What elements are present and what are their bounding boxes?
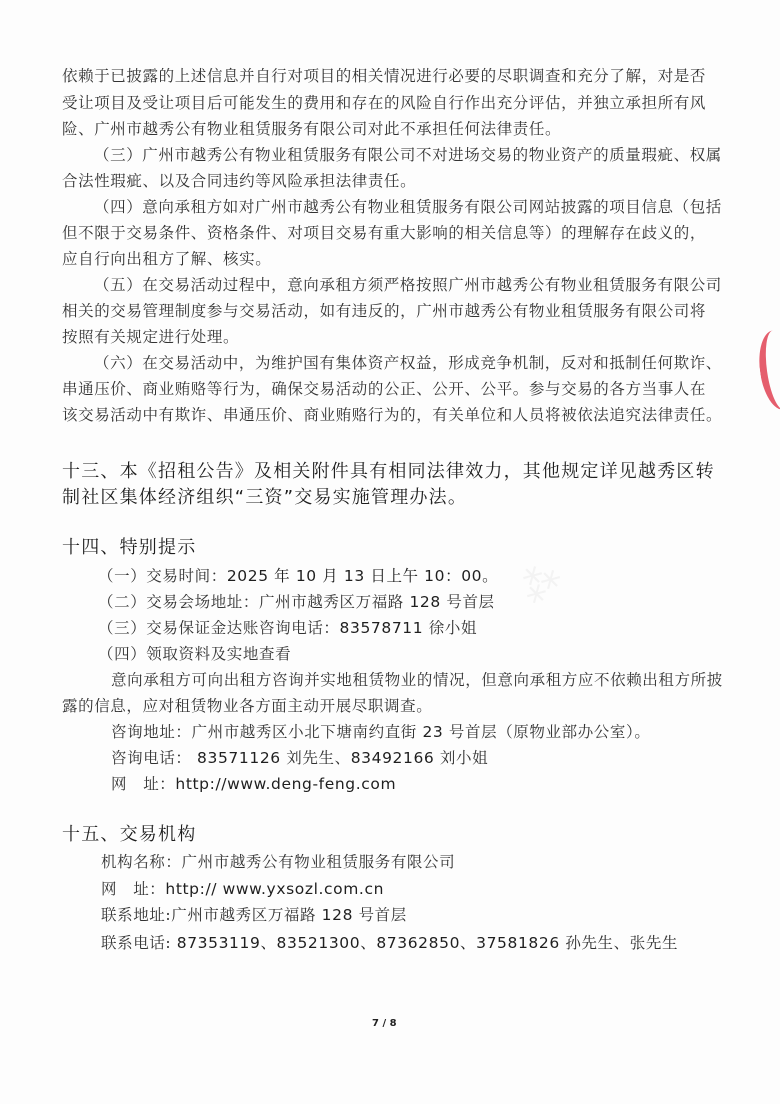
item-label: （二）交易会场地址：广州市越秀区万福路 <box>98 593 409 611</box>
consult-address-suffix: 号首层（原物业部办公室）。 <box>443 723 650 741</box>
paragraph-line: 但不限于交易条件、资格条件、对项目交易有重大影响的相关信息等）的理解存在歧义的， <box>62 223 706 243</box>
paragraph-line: 险、广州市越秀公有物业租赁服务有限公司对此不承担任何法律责任。 <box>62 119 561 139</box>
paragraph-line: 依赖于已披露的上述信息并自行对项目的相关情况进行必要的尽职调查和充分了解，对是否 <box>62 66 706 86</box>
paragraph-line: 串通压价、商业贿赂等行为，确保交易活动的公正、公开、公平。参与交易的各方当事人在 <box>62 379 706 399</box>
org-name-value: 广州市越秀公有物业租赁服务有限公司 <box>182 853 456 871</box>
website-link[interactable]: http://www.deng-feng.com <box>175 775 396 793</box>
org-website: 网 址：http:// www.yxsozl.com.cn <box>101 879 384 899</box>
paragraph-line: 相关的交易管理制度参与交易活动，如有违反的，广州市越秀公有物业租赁服务有限公司将 <box>62 301 706 321</box>
org-phone-numbers: 87353119、83521300、87362850、37581826 <box>177 934 560 952</box>
item-suffix: 号首层 <box>441 593 495 611</box>
venue-address-item: （二）交易会场地址：广州市越秀区万福路 128 号首层 <box>98 592 495 612</box>
note-line: 露的信息，应对租赁物业各方面主动开展尽职调查。 <box>62 696 432 716</box>
paragraph-line: （六）在交易活动中，为维护国有集体资产权益，形成竞争机制，反对和抵制任何欺诈、 <box>94 353 722 373</box>
item-label: （四）领取资料及实地查看 <box>98 645 291 663</box>
org-name: 机构名称：广州市越秀公有物业租赁服务有限公司 <box>101 852 455 872</box>
document-page: ⁂ 依赖于已披露的上述信息并自行对项目的相关情况进行必要的尽职调查和充分了解，对… <box>0 0 780 1104</box>
org-contacts: 孙先生、张先生 <box>560 934 678 952</box>
paragraph-line: （五）在交易活动过程中，意向承租方须严格按照广州市越秀公有物业租赁服务有限公司 <box>94 275 722 295</box>
consult-phone-2: 83492166 <box>351 749 435 767</box>
org-name-label: 机构名称： <box>101 853 182 871</box>
paragraph-line: 该交易活动中有欺诈、串通压价、商业贿赂行为的，有关单位和人员将被依法追究法律责任… <box>62 405 722 425</box>
venue-number: 128 <box>409 593 440 611</box>
consult-address-label: 咨询地址：广州市越秀区小北下塘南约直街 <box>111 723 422 741</box>
materials-item: （四）领取资料及实地查看 <box>98 644 291 664</box>
consult-phone: 咨询电话： 83571126 刘先生、83492166 刘小姐 <box>111 748 488 768</box>
item-suffix: 徐小姐 <box>423 619 477 637</box>
paragraph-line: （三）广州市越秀公有物业租赁服务有限公司不对进场交易的物业资产的质量瑕疵、权属 <box>94 145 722 165</box>
trade-time-item: （一）交易时间：2025 年 10 月 13 日上午 10：00。 <box>98 566 498 586</box>
red-seal-stamp <box>755 328 780 412</box>
trade-time-value: 2025 年 10 月 13 日上午 10：00。 <box>227 567 498 585</box>
consult-phone-label: 咨询电话： <box>111 749 192 767</box>
watermark: ⁂ <box>510 553 571 614</box>
org-phone: 联系电话: 87353119、83521300、87362850、3758182… <box>101 933 678 953</box>
org-address-suffix: 号首层 <box>353 906 407 924</box>
page-number: 7 / 8 <box>372 1018 397 1029</box>
section-13-line: 制社区集体经济组织“三资”交易实施管理办法。 <box>62 487 467 509</box>
deposit-phone-item: （三）交易保证金达账咨询电话：83578711 徐小姐 <box>98 618 477 638</box>
consult-contact-2: 刘小姐 <box>434 749 488 767</box>
org-address-label: 联系地址:广州市越秀区万福路 <box>101 906 322 924</box>
paragraph-line: 受让项目及受让项目后可能发生的费用和存在的风险自行作出充分评估，并独立承担所有风 <box>62 93 706 113</box>
org-website-link[interactable]: http:// www.yxsozl.com.cn <box>165 880 384 898</box>
consult-address: 咨询地址：广州市越秀区小北下塘南约直街 23 号首层（原物业部办公室）。 <box>111 722 650 742</box>
consult-website: 网 址：http://www.deng-feng.com <box>111 774 396 794</box>
item-label: （一）交易时间： <box>98 567 227 585</box>
org-address-number: 128 <box>322 906 353 924</box>
paragraph-line: 应自行向出租方了解、核实。 <box>62 249 271 269</box>
paragraph-line: （四）意向承租方如对广州市越秀公有物业租赁服务有限公司网站披露的项目信息（包括 <box>94 197 722 217</box>
section-15-title: 十五、交易机构 <box>62 824 196 846</box>
paragraph-line: 按照有关规定进行处理。 <box>62 327 239 347</box>
section-13-line: 十三、本《招租公告》及相关附件具有相同法律效力，其他规定详见越秀区转 <box>62 461 715 483</box>
consult-contact-1: 刘先生、 <box>281 749 351 767</box>
website-label: 网 址： <box>111 775 175 793</box>
org-phone-label: 联系电话: <box>101 934 177 952</box>
note-line: 意向承租方可向出租方咨询并实地租赁物业的情况，但意向承租方应不依赖出租方所披 <box>111 670 723 690</box>
paragraph-line: 合法性瑕疵、以及合同违约等风险承担法律责任。 <box>62 171 416 191</box>
section-14-title: 十四、特别提示 <box>62 537 196 559</box>
org-address: 联系地址:广州市越秀区万福路 128 号首层 <box>101 905 407 925</box>
deposit-phone-value: 83578711 <box>340 619 424 637</box>
consult-address-number: 23 <box>422 723 443 741</box>
consult-phone-1: 83571126 <box>197 749 281 767</box>
org-website-label: 网 址： <box>101 880 165 898</box>
item-label: （三）交易保证金达账咨询电话： <box>98 619 340 637</box>
